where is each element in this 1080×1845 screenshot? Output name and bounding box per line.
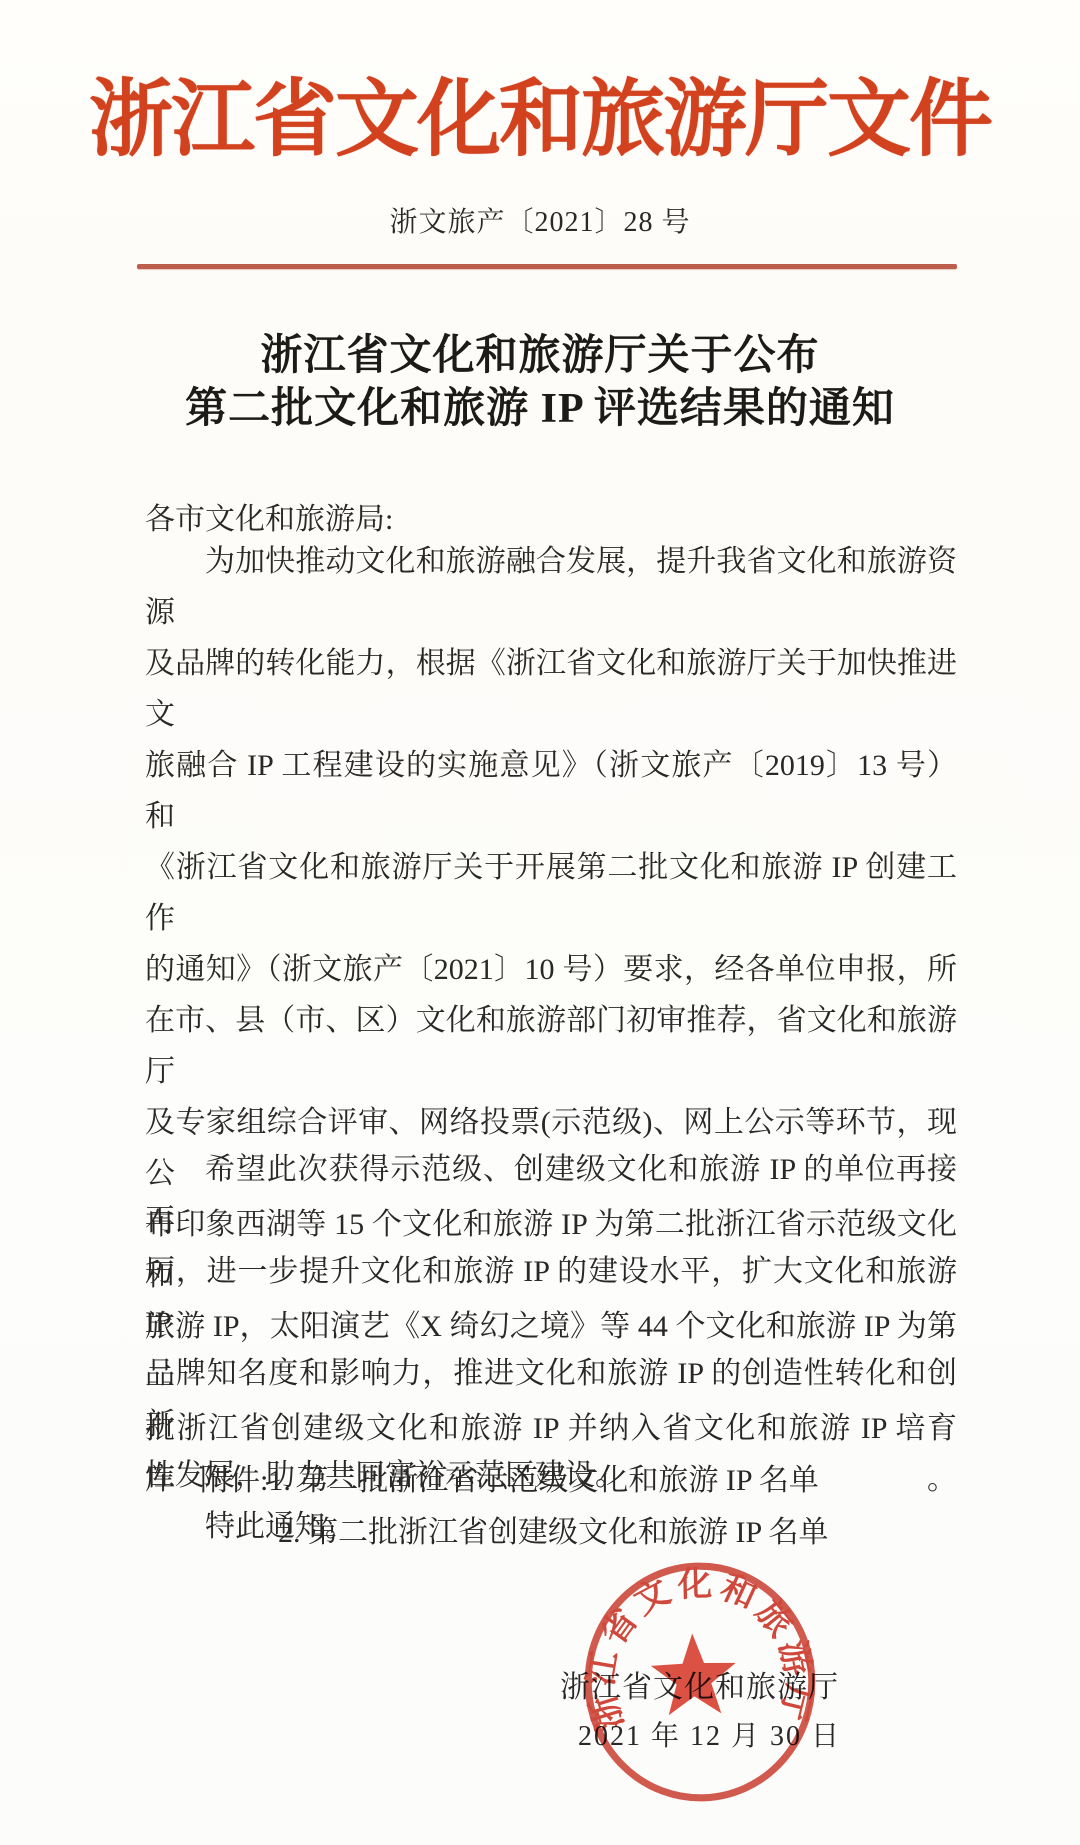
text-line: 希望此次获得示范级、创建级文化和旅游 IP 的单位再接再: [145, 1144, 957, 1246]
document-title-line1: 浙江省文化和旅游厅关于公布: [0, 330, 1080, 383]
text-line: 在市、县（市、区）文化和旅游部门初审推荐，省文化和旅游厅: [145, 995, 957, 1097]
text-line: 厉，进一步提升文化和旅游 IP 的建设水平，扩大文化和旅游 IP: [145, 1246, 957, 1348]
seal-star-icon: [650, 1632, 738, 1716]
attachments-list: 附件:1. 第二批浙江省示范级文化和旅游 IP 名单 2. 第二批浙江省创建级文…: [200, 1455, 960, 1559]
document-title-line2: 第二批文化和旅游 IP 评选结果的通知: [0, 383, 1080, 436]
text-line: 为加快推动文化和旅游融合发展，提升我省文化和旅游资源: [145, 536, 957, 638]
letterhead-divider-rule: [137, 264, 957, 269]
document-number: 浙文旅产〔2021〕28 号: [0, 200, 1080, 240]
text-line: 旅融合 IP 工程建设的实施意见》（浙文旅产〔2019〕13 号）和: [145, 740, 957, 842]
text-line: 的通知》（浙文旅产〔2021〕10 号）要求，经各单位申报，所: [145, 944, 957, 995]
text-line: 品牌知名度和影响力，推进文化和旅游 IP 的创造性转化和创新: [145, 1348, 957, 1450]
document-title: 浙江省文化和旅游厅关于公布 第二批文化和旅游 IP 评选结果的通知: [0, 330, 1080, 436]
official-seal-stamp: 浙江省文化和旅游厅: [574, 1552, 827, 1812]
text-line: 《浙江省文化和旅游厅关于开展第二批文化和旅游 IP 创建工作: [145, 842, 957, 944]
text-line: 及品牌的转化能力，根据《浙江省文化和旅游厅关于加快推进文: [145, 638, 957, 740]
seal-curved-text-container: 浙江省文化和旅游厅: [578, 1561, 820, 1736]
document-page: 浙江省文化和旅游厅文件 浙文旅产〔2021〕28 号 浙江省文化和旅游厅关于公布…: [0, 0, 1080, 1845]
letterhead-org-title: 浙江省文化和旅游厅文件: [0, 52, 1080, 173]
attachment-item-2: 2. 第二批浙江省创建级文化和旅游 IP 名单: [200, 1507, 960, 1559]
seal-curved-text: 浙江省文化和旅游厅: [578, 1561, 820, 1736]
attachment-item-1: 附件:1. 第二批浙江省示范级文化和旅游 IP 名单: [200, 1455, 960, 1507]
